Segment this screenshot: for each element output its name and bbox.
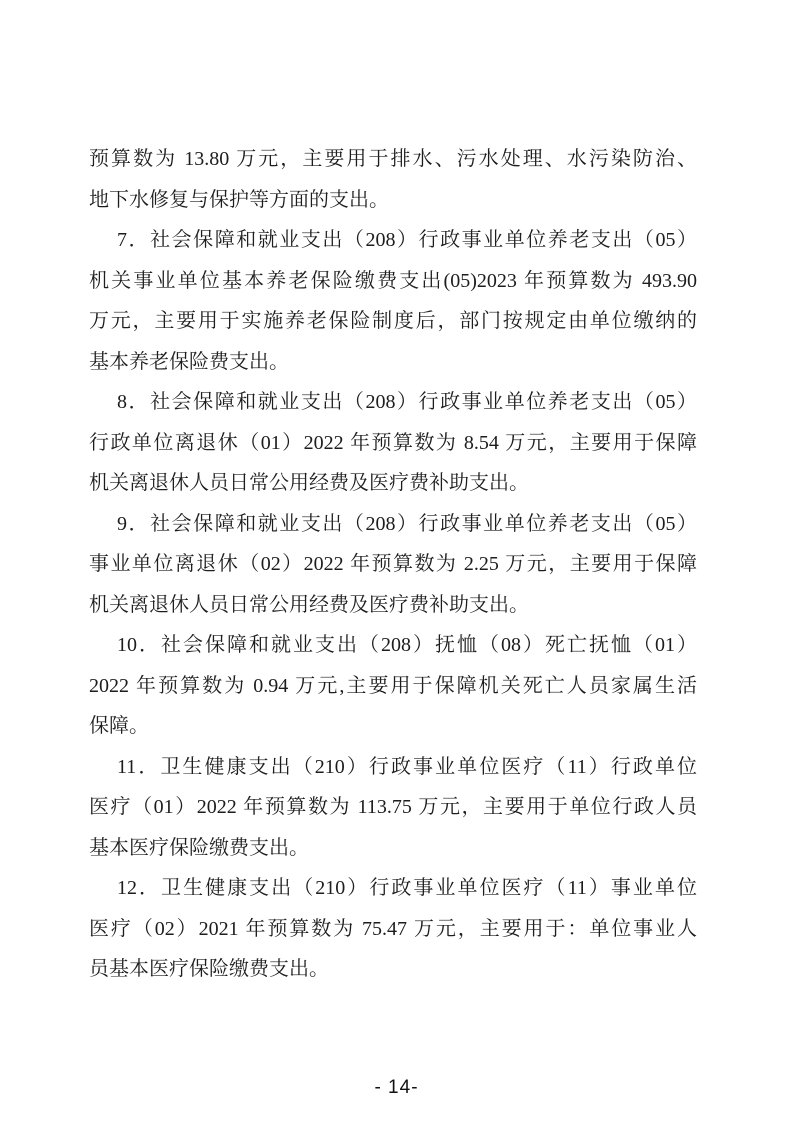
paragraph-line: 预算数为 13.80 万元，主要用于排水、污水处理、水污染防治、 xyxy=(89,139,697,180)
paragraph-line: 医疗（02）2021 年预算数为 75.47 万元，主要用于：单位事业人 xyxy=(89,909,697,950)
paragraph-line: 10．社会保障和就业支出（208）抚恤（08）死亡抚恤（01） xyxy=(89,625,697,666)
document-page: 预算数为 13.80 万元，主要用于排水、污水处理、水污染防治、 地下水修复与保… xyxy=(0,0,793,1122)
document-body: 预算数为 13.80 万元，主要用于排水、污水处理、水污染防治、 地下水修复与保… xyxy=(89,139,697,990)
paragraph-line: 基本养老保险费支出。 xyxy=(89,342,697,383)
paragraph-line: 地下水修复与保护等方面的支出。 xyxy=(89,180,697,221)
paragraph-line: 12．卫生健康支出（210）行政事业单位医疗（11）事业单位 xyxy=(89,868,697,909)
paragraph-continuation: 预算数为 13.80 万元，主要用于排水、污水处理、水污染防治、 地下水修复与保… xyxy=(89,139,697,220)
paragraph-line: 员基本医疗保险缴费支出。 xyxy=(89,949,697,990)
paragraph-line: 机关离退休人员日常公用经费及医疗费补助支出。 xyxy=(89,585,697,626)
paragraph-line: 9．社会保障和就业支出（208）行政事业单位养老支出（05） xyxy=(89,504,697,545)
paragraph-line: 机关事业单位基本养老保险缴费支出(05)2023 年预算数为 493.90 xyxy=(89,261,697,302)
paragraph-item-10: 10．社会保障和就业支出（208）抚恤（08）死亡抚恤（01） 2022 年预算… xyxy=(89,625,697,747)
paragraph-line: 事业单位离退休（02）2022 年预算数为 2.25 万元，主要用于保障 xyxy=(89,544,697,585)
paragraph-line: 保障。 xyxy=(89,706,697,747)
paragraph-line: 11．卫生健康支出（210）行政事业单位医疗（11）行政单位 xyxy=(89,747,697,788)
paragraph-line: 7．社会保障和就业支出（208）行政事业单位养老支出（05） xyxy=(89,220,697,261)
paragraph-item-8: 8．社会保障和就业支出（208）行政事业单位养老支出（05） 行政单位离退休（0… xyxy=(89,382,697,504)
paragraph-line: 机关离退休人员日常公用经费及医疗费补助支出。 xyxy=(89,463,697,504)
paragraph-item-9: 9．社会保障和就业支出（208）行政事业单位养老支出（05） 事业单位离退休（0… xyxy=(89,504,697,626)
paragraph-line: 行政单位离退休（01）2022 年预算数为 8.54 万元，主要用于保障 xyxy=(89,423,697,464)
paragraph-item-7: 7．社会保障和就业支出（208）行政事业单位养老支出（05） 机关事业单位基本养… xyxy=(89,220,697,382)
paragraph-line: 基本医疗保险缴费支出。 xyxy=(89,828,697,869)
page-footer: - 14- xyxy=(0,1077,793,1099)
page-number: - 14- xyxy=(374,1077,418,1098)
paragraph-item-11: 11．卫生健康支出（210）行政事业单位医疗（11）行政单位 医疗（01）202… xyxy=(89,747,697,869)
paragraph-line: 医疗（01）2022 年预算数为 113.75 万元，主要用于单位行政人员 xyxy=(89,787,697,828)
paragraph-line: 万元，主要用于实施养老保险制度后，部门按规定由单位缴纳的 xyxy=(89,301,697,342)
paragraph-item-12: 12．卫生健康支出（210）行政事业单位医疗（11）事业单位 医疗（02）202… xyxy=(89,868,697,990)
paragraph-line: 2022 年预算数为 0.94 万元,主要用于保障机关死亡人员家属生活 xyxy=(89,666,697,707)
paragraph-line: 8．社会保障和就业支出（208）行政事业单位养老支出（05） xyxy=(89,382,697,423)
